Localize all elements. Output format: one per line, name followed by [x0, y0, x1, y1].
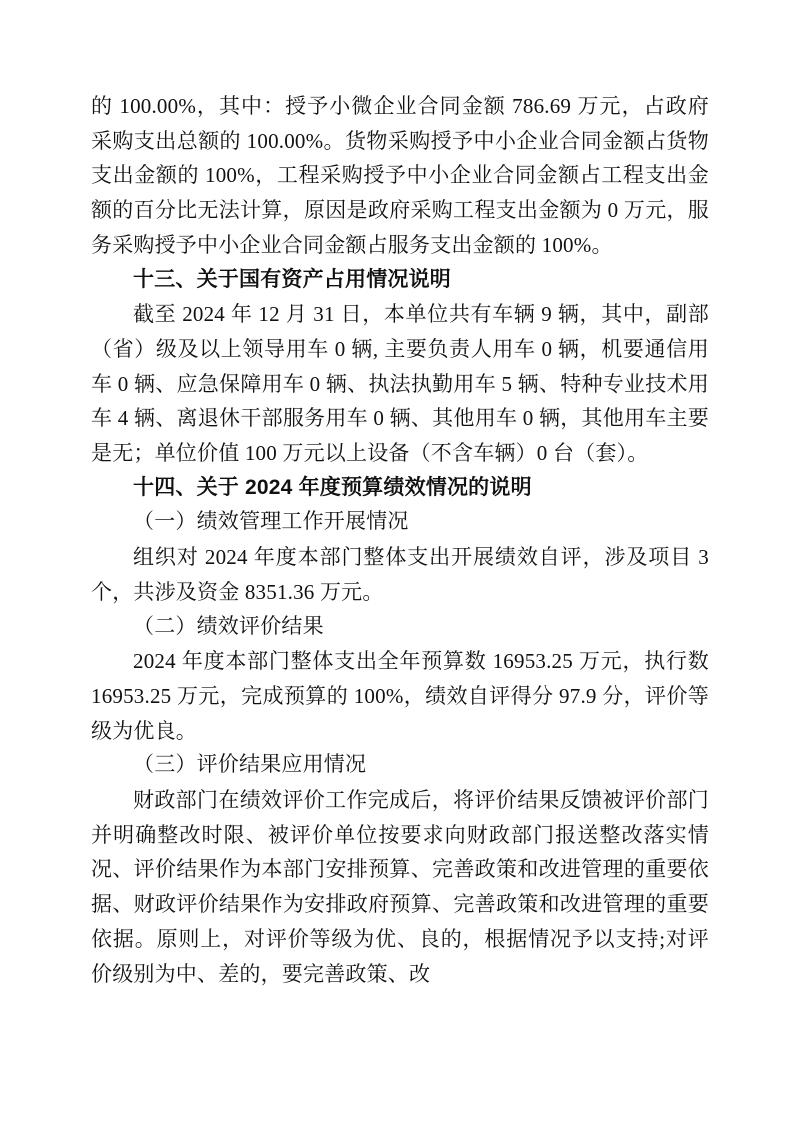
- paragraph-state-assets-vehicles: 截至 2024 年 12 月 31 日，本单位共有车辆 9 辆，其中，副部（省）…: [91, 297, 709, 471]
- sub-heading-1-performance-management: （一）绩效管理工作开展情况: [91, 505, 709, 540]
- section-heading-14-budget-performance: 十四、关于 2024 年度预算绩效情况的说明: [91, 471, 709, 506]
- document-page: 的 100.00%，其中：授予小微企业合同金额 786.69 万元，占政府采购支…: [0, 0, 793, 1122]
- document-content: 的 100.00%，其中：授予小微企业合同金额 786.69 万元，占政府采购支…: [91, 89, 709, 991]
- paragraph-procurement-continuation: 的 100.00%，其中：授予小微企业合同金额 786.69 万元，占政府采购支…: [91, 89, 709, 263]
- paragraph-results-application: 财政部门在绩效评价工作完成后，将评价结果反馈被评价部门并明确整改时限、被评价单位…: [91, 783, 709, 991]
- paragraph-evaluation-results-figures: 2024 年度本部门整体支出全年预算数 16953.25 万元，执行数 1695…: [91, 644, 709, 748]
- sub-heading-2-evaluation-results: （二）绩效评价结果: [91, 610, 709, 645]
- sub-heading-3-results-application: （三）评价结果应用情况: [91, 748, 709, 783]
- paragraph-performance-self-evaluation: 组织对 2024 年度本部门整体支出开展绩效自评，涉及项目 3 个，共涉及资金 …: [91, 540, 709, 609]
- section-heading-13-state-assets: 十三、关于国有资产占用情况说明: [91, 263, 709, 298]
